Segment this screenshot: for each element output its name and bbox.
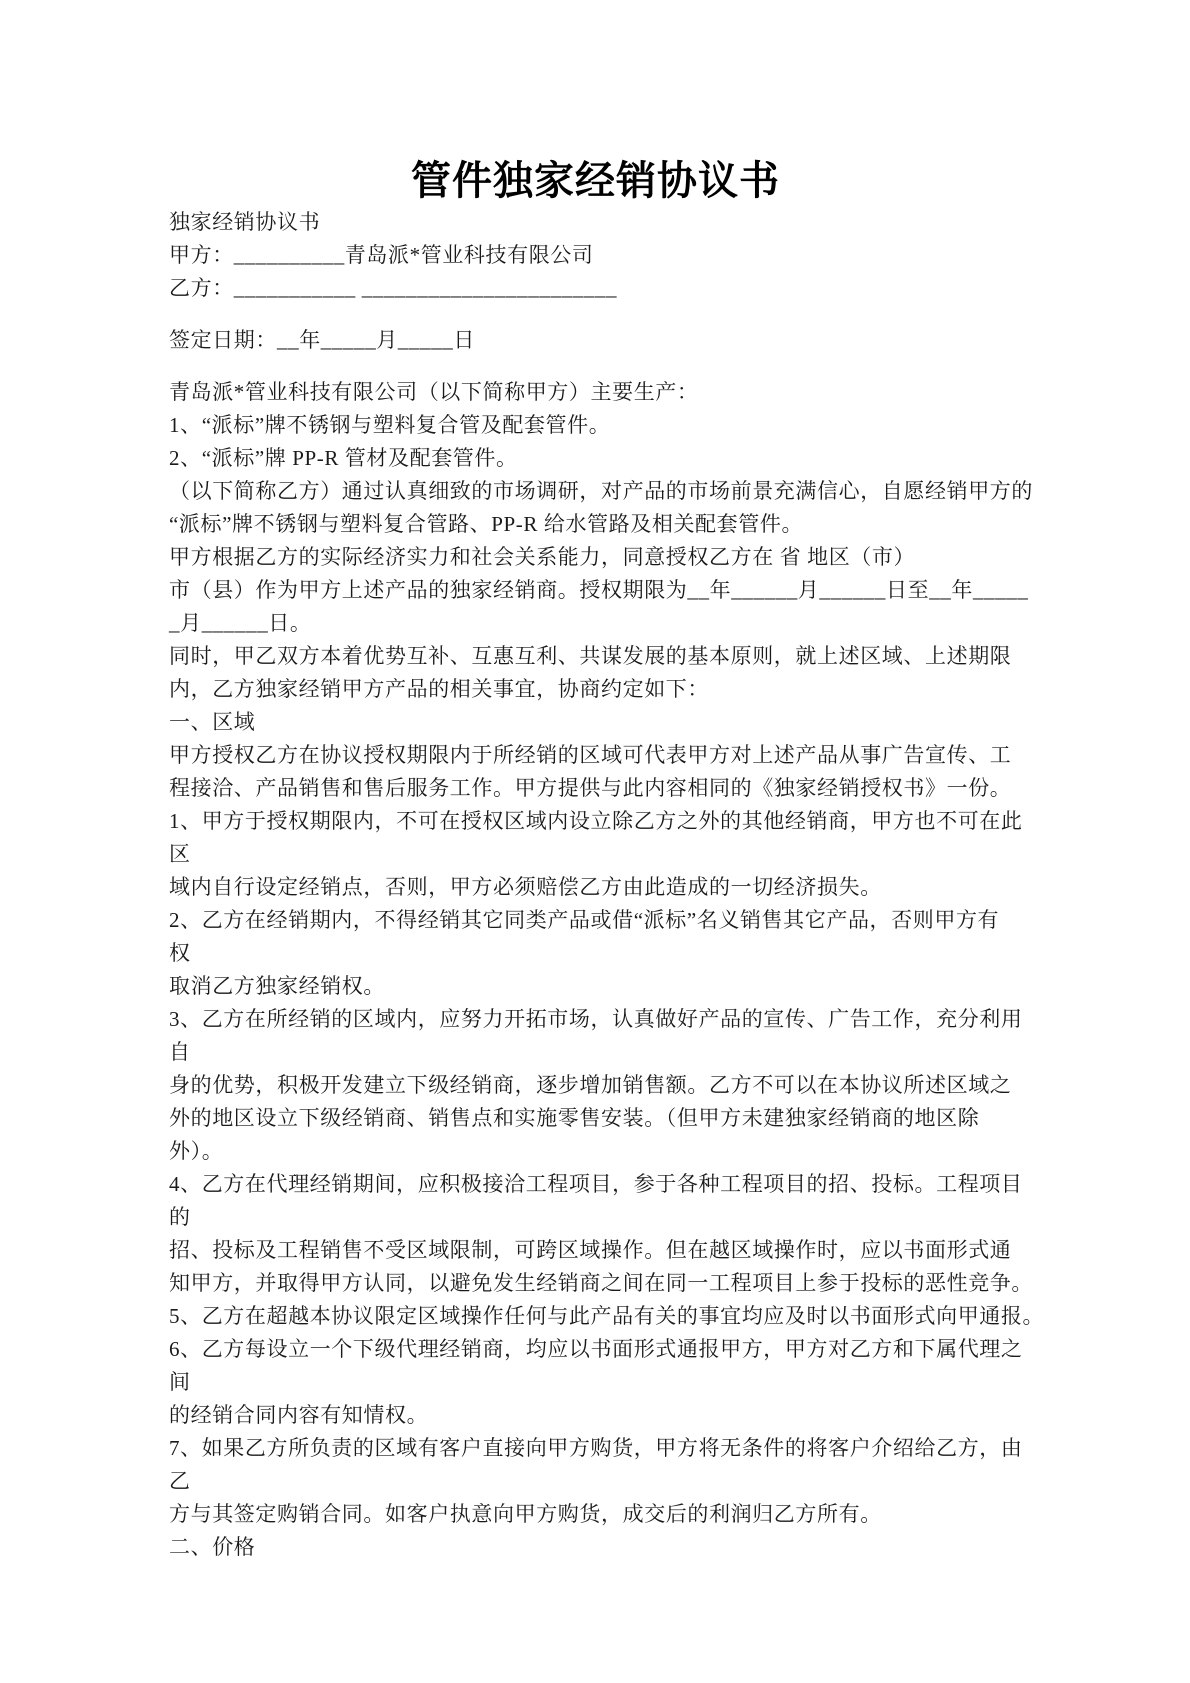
text-line-15: 内，乙方独家经销甲方产品的相关事宜，协商约定如下：	[169, 673, 1069, 706]
text-line-37: 的经销合同内容有知情权。	[169, 1399, 1069, 1432]
text-line-25: 3、乙方在所经销的区域内，应努力开拓市场，认真做好产品的宣传、广告工作，充分利用	[169, 1003, 1069, 1036]
document-title: 管件独家经销协议书	[169, 156, 1022, 206]
text-line-2: 乙方：___________ _______________________	[169, 272, 1069, 305]
text-line-10: “派标”牌不锈钢与塑料复合管路、PP-R 给水管路及相关配套管件。	[169, 508, 1069, 541]
text-line-11: 甲方根据乙方的实际经济实力和社会关系能力，同意授权乙方在 省 地区（市）	[169, 541, 1069, 574]
text-line-1: 甲方：__________青岛派*管业科技有限公司	[169, 239, 1069, 272]
text-line-4: 签定日期：__年_____月_____日	[169, 324, 1069, 357]
text-line-39: 乙	[169, 1465, 1069, 1498]
text-line-20: 区	[169, 838, 1069, 871]
text-line-22: 2、乙方在经销期内，不得经销其它同类产品或借“派标”名义销售其它产品，否则甲方有	[169, 904, 1069, 937]
text-line-8: 2、“派标”牌 PP-R 管材及配套管件。	[169, 442, 1069, 475]
text-line-36: 间	[169, 1366, 1069, 1399]
text-line-35: 6、乙方每设立一个下级代理经销商，均应以书面形式通报甲方，甲方对乙方和下属代理之	[169, 1333, 1069, 1366]
text-line-26: 自	[169, 1036, 1069, 1069]
text-line-18: 程接洽、产品销售和售后服务工作。甲方提供与此内容相同的《独家经销授权书》一份。	[169, 772, 1069, 805]
text-line-31: 的	[169, 1201, 1069, 1234]
text-line-34: 5、乙方在超越本协议限定区域操作任何与此产品有关的事宜均应及时以书面形式向甲通报…	[169, 1300, 1069, 1333]
text-line-9: （以下简称乙方）通过认真细致的市场调研，对产品的市场前景充满信心，自愿经销甲方的	[169, 475, 1069, 508]
text-line-40: 方与其签定购销合同。如客户执意向甲方购货，成交后的利润归乙方所有。	[169, 1498, 1069, 1531]
text-line-33: 知甲方，并取得甲方认同，以避免发生经销商之间在同一工程项目上参于投标的恶性竞争。	[169, 1267, 1069, 1300]
text-line-28: 外的地区设立下级经销商、销售点和实施零售安装。（但甲方未建独家经销商的地区除	[169, 1102, 1069, 1135]
text-line-5	[169, 357, 1069, 376]
text-line-27: 身的优势，积极开发建立下级经销商，逐步增加销售额。乙方不可以在本协议所述区域之	[169, 1069, 1069, 1102]
text-line-6: 青岛派*管业科技有限公司（以下简称甲方）主要生产：	[169, 376, 1069, 409]
text-line-12: 市（县）作为甲方上述产品的独家经销商。授权期限为__年______月______…	[169, 574, 1069, 607]
text-line-21: 域内自行设定经销点，否则，甲方必须赔偿乙方由此造成的一切经济损失。	[169, 871, 1069, 904]
text-line-0: 独家经销协议书	[169, 206, 1069, 239]
text-line-32: 招、投标及工程销售不受区域限制，可跨区域操作。但在越区域操作时，应以书面形式通	[169, 1234, 1069, 1267]
document-page: 管件独家经销协议书 独家经销协议书甲方：__________青岛派*管业科技有限…	[0, 0, 1190, 1683]
text-line-30: 4、乙方在代理经销期间，应积极接洽工程项目，参于各种工程项目的招、投标。工程项目	[169, 1168, 1069, 1201]
text-line-16: 一、区域	[169, 706, 1069, 739]
text-line-23: 权	[169, 937, 1069, 970]
text-line-19: 1、甲方于授权期限内，不可在授权区域内设立除乙方之外的其他经销商，甲方也不可在此	[169, 805, 1069, 838]
text-line-17: 甲方授权乙方在协议授权期限内于所经销的区域可代表甲方对上述产品从事广告宣传、工	[169, 739, 1069, 772]
text-line-24: 取消乙方独家经销权。	[169, 970, 1069, 1003]
text-line-14: 同时，甲乙双方本着优势互补、互惠互利、共谋发展的基本原则，就上述区域、上述期限	[169, 640, 1069, 673]
text-line-29: 外）。	[169, 1135, 1069, 1168]
text-line-38: 7、如果乙方所负责的区域有客户直接向甲方购货，甲方将无条件的将客户介绍给乙方，由	[169, 1432, 1069, 1465]
text-line-7: 1、“派标”牌不锈钢与塑料复合管及配套管件。	[169, 409, 1069, 442]
text-line-3	[169, 305, 1069, 324]
document-body: 独家经销协议书甲方：__________青岛派*管业科技有限公司乙方：_____…	[169, 206, 1069, 1564]
text-line-13: _月______日。	[169, 607, 1069, 640]
text-line-41: 二、价格	[169, 1531, 1069, 1564]
